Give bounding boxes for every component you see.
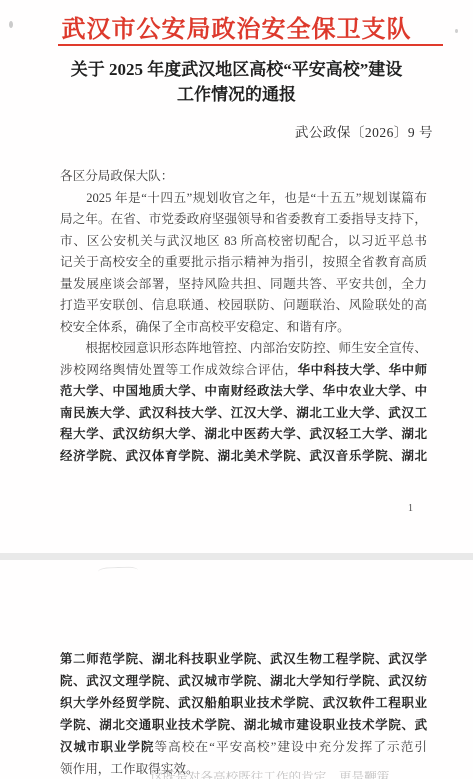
document-title: 关于 2025 年度武汉地区高校“平安高校”建设 工作情况的通报 <box>20 57 453 107</box>
school-name-bold: 华中科技大学、华中师 <box>298 363 427 377</box>
body-text: 量发展座谈会部署，坚持风险共担、同题共答、平安共创，全力 <box>60 277 427 291</box>
document-title-line1: 关于 2025 年度武汉地区高校“平安高校”建设 <box>20 57 453 82</box>
body-text: 涉校网络舆情处置等工作成效综合评估， <box>60 363 298 377</box>
text-line: 第二师范学院、湖北科技职业学院、武汉生物工程学院、武汉学 <box>60 648 427 670</box>
document-page: 武汉市公安局政治安全保卫支队 关于 2025 年度武汉地区高校“平安高校”建设 … <box>0 0 473 779</box>
text-line: 局之年。在省、市党委政府坚强领导和省委教育工委指导支持下， <box>60 209 427 231</box>
text-line: 量发展座谈会部署，坚持风险共担、同题共答、平安共创，全力 <box>60 274 427 296</box>
body-text: 市、区公安机关与武汉地区 83 所高校密切配合，以习近平总书 <box>60 234 427 248</box>
clipped-next-line: 这既是对各高校既往工作的肯定，更是鞭策 <box>150 771 443 779</box>
school-name-bold: 南民族大学、武汉科技大学、江汉大学、湖北工业大学、武汉工 <box>60 406 427 420</box>
text-line: 涉校网络舆情处置等工作成效综合评估，华中科技大学、华中师 <box>60 360 427 382</box>
text-line: 记关于高校安全的重要批示指示精神为指引，按照全省教育高质 <box>60 252 427 274</box>
text-line: 市、区公安机关与武汉地区 83 所高校密切配合，以习近平总书 <box>60 231 427 253</box>
body-text: 根据校园意识形态阵地管控、内部治安防控、师生安全宣传、 <box>60 341 427 355</box>
page1-page-number: 1 <box>408 503 413 514</box>
page1-body-text: 各区分局政保大队： 2025 年是“十四五”规划收官之年，也是“十五五”规划谋篇… <box>60 166 427 467</box>
text-line: 南民族大学、武汉科技大学、江汉大学、湖北工业大学、武汉工 <box>60 403 427 425</box>
body-text: 打造平安联创、信息联通、校园联防、问题联治、风险联处的高 <box>60 298 427 312</box>
body-text: 2025 年是“十四五”规划收官之年，也是“十五五”规划谋篇布 <box>60 191 427 205</box>
text-line: 范大学、中国地质大学、中南财经政法大学、华中农业大学、中 <box>60 381 427 403</box>
school-name-bold: 经济学院、武汉体育学院、湖北美术学院、武汉音乐学院、湖北 <box>60 449 427 463</box>
school-name-bold: 程大学、武汉纺织大学、湖北中医药大学、武汉轻工大学、湖北 <box>60 427 427 441</box>
text-line: 程大学、武汉纺织大学、湖北中医药大学、武汉轻工大学、湖北 <box>60 424 427 446</box>
text-line: 打造平安联创、信息联通、校园联防、问题联治、风险联处的高 <box>60 295 427 317</box>
text-line: 院、武汉文理学院、武汉城市学院、湖北大学知行学院、武汉纺 <box>60 670 427 692</box>
body-text: 记关于高校安全的重要批示指示精神为指引，按照全省教育高质 <box>60 255 427 269</box>
text-line: 学院、湖北交通职业技术学院、湖北城市建设职业技术学院、武 <box>60 714 427 736</box>
text-line: 汉城市职业学院等高校在“平安高校”建设中充分发挥了示范引 <box>60 736 427 758</box>
school-name-bold: 学院、湖北交通职业技术学院、湖北城市建设职业技术学院、武 <box>60 718 427 732</box>
body-text: 局之年。在省、市党委政府坚强领导和省委教育工委指导支持下， <box>60 212 427 226</box>
text-line: 校安全体系，确保了全市高校平安稳定、和谐有序。 <box>60 317 427 339</box>
school-name-bold: 院、武汉文理学院、武汉城市学院、湖北大学知行学院、武汉纺 <box>60 674 427 688</box>
school-name-bold: 汉城市职业学院 <box>60 740 154 754</box>
school-name-bold: 织大学外经贸学院、武汉船舶职业技术学院、武汉软件工程职业 <box>60 696 427 710</box>
text-line: 根据校园意识形态阵地管控、内部治安防控、师生安全宣传、 <box>60 338 427 360</box>
body-text: 校安全体系，确保了全市高校平安稳定、和谐有序。 <box>60 320 350 334</box>
page2-body-text: 第二师范学院、湖北科技职业学院、武汉生物工程学院、武汉学院、武汉文理学院、武汉城… <box>60 648 427 779</box>
body-text: 等高校在“平安高校”建设中充分发挥了示范引 <box>154 740 427 754</box>
scan-speck-right <box>455 29 458 33</box>
body-text: 各区分局政保大队： <box>60 169 173 183</box>
text-line: 2025 年是“十四五”规划收官之年，也是“十五五”规划谋篇布 <box>60 188 427 210</box>
scan-speck-left <box>9 21 13 28</box>
document-title-line2: 工作情况的通报 <box>20 82 453 107</box>
page-break-band <box>0 553 473 560</box>
agency-header: 武汉市公安局政治安全保卫支队 <box>0 9 473 44</box>
red-divider-line <box>58 44 443 46</box>
text-line: 织大学外经贸学院、武汉船舶职业技术学院、武汉软件工程职业 <box>60 692 427 714</box>
school-name-bold: 第二师范学院、湖北科技职业学院、武汉生物工程学院、武汉学 <box>60 652 427 666</box>
school-name-bold: 范大学、中国地质大学、中南财经政法大学、华中农业大学、中 <box>60 384 427 398</box>
scan-smudge-mark <box>98 566 138 575</box>
text-line: 经济学院、武汉体育学院、湖北美术学院、武汉音乐学院、湖北 <box>60 446 427 468</box>
document-number: 武公政保〔2026〕9 号 <box>295 121 433 141</box>
text-line: 各区分局政保大队： <box>60 166 427 188</box>
